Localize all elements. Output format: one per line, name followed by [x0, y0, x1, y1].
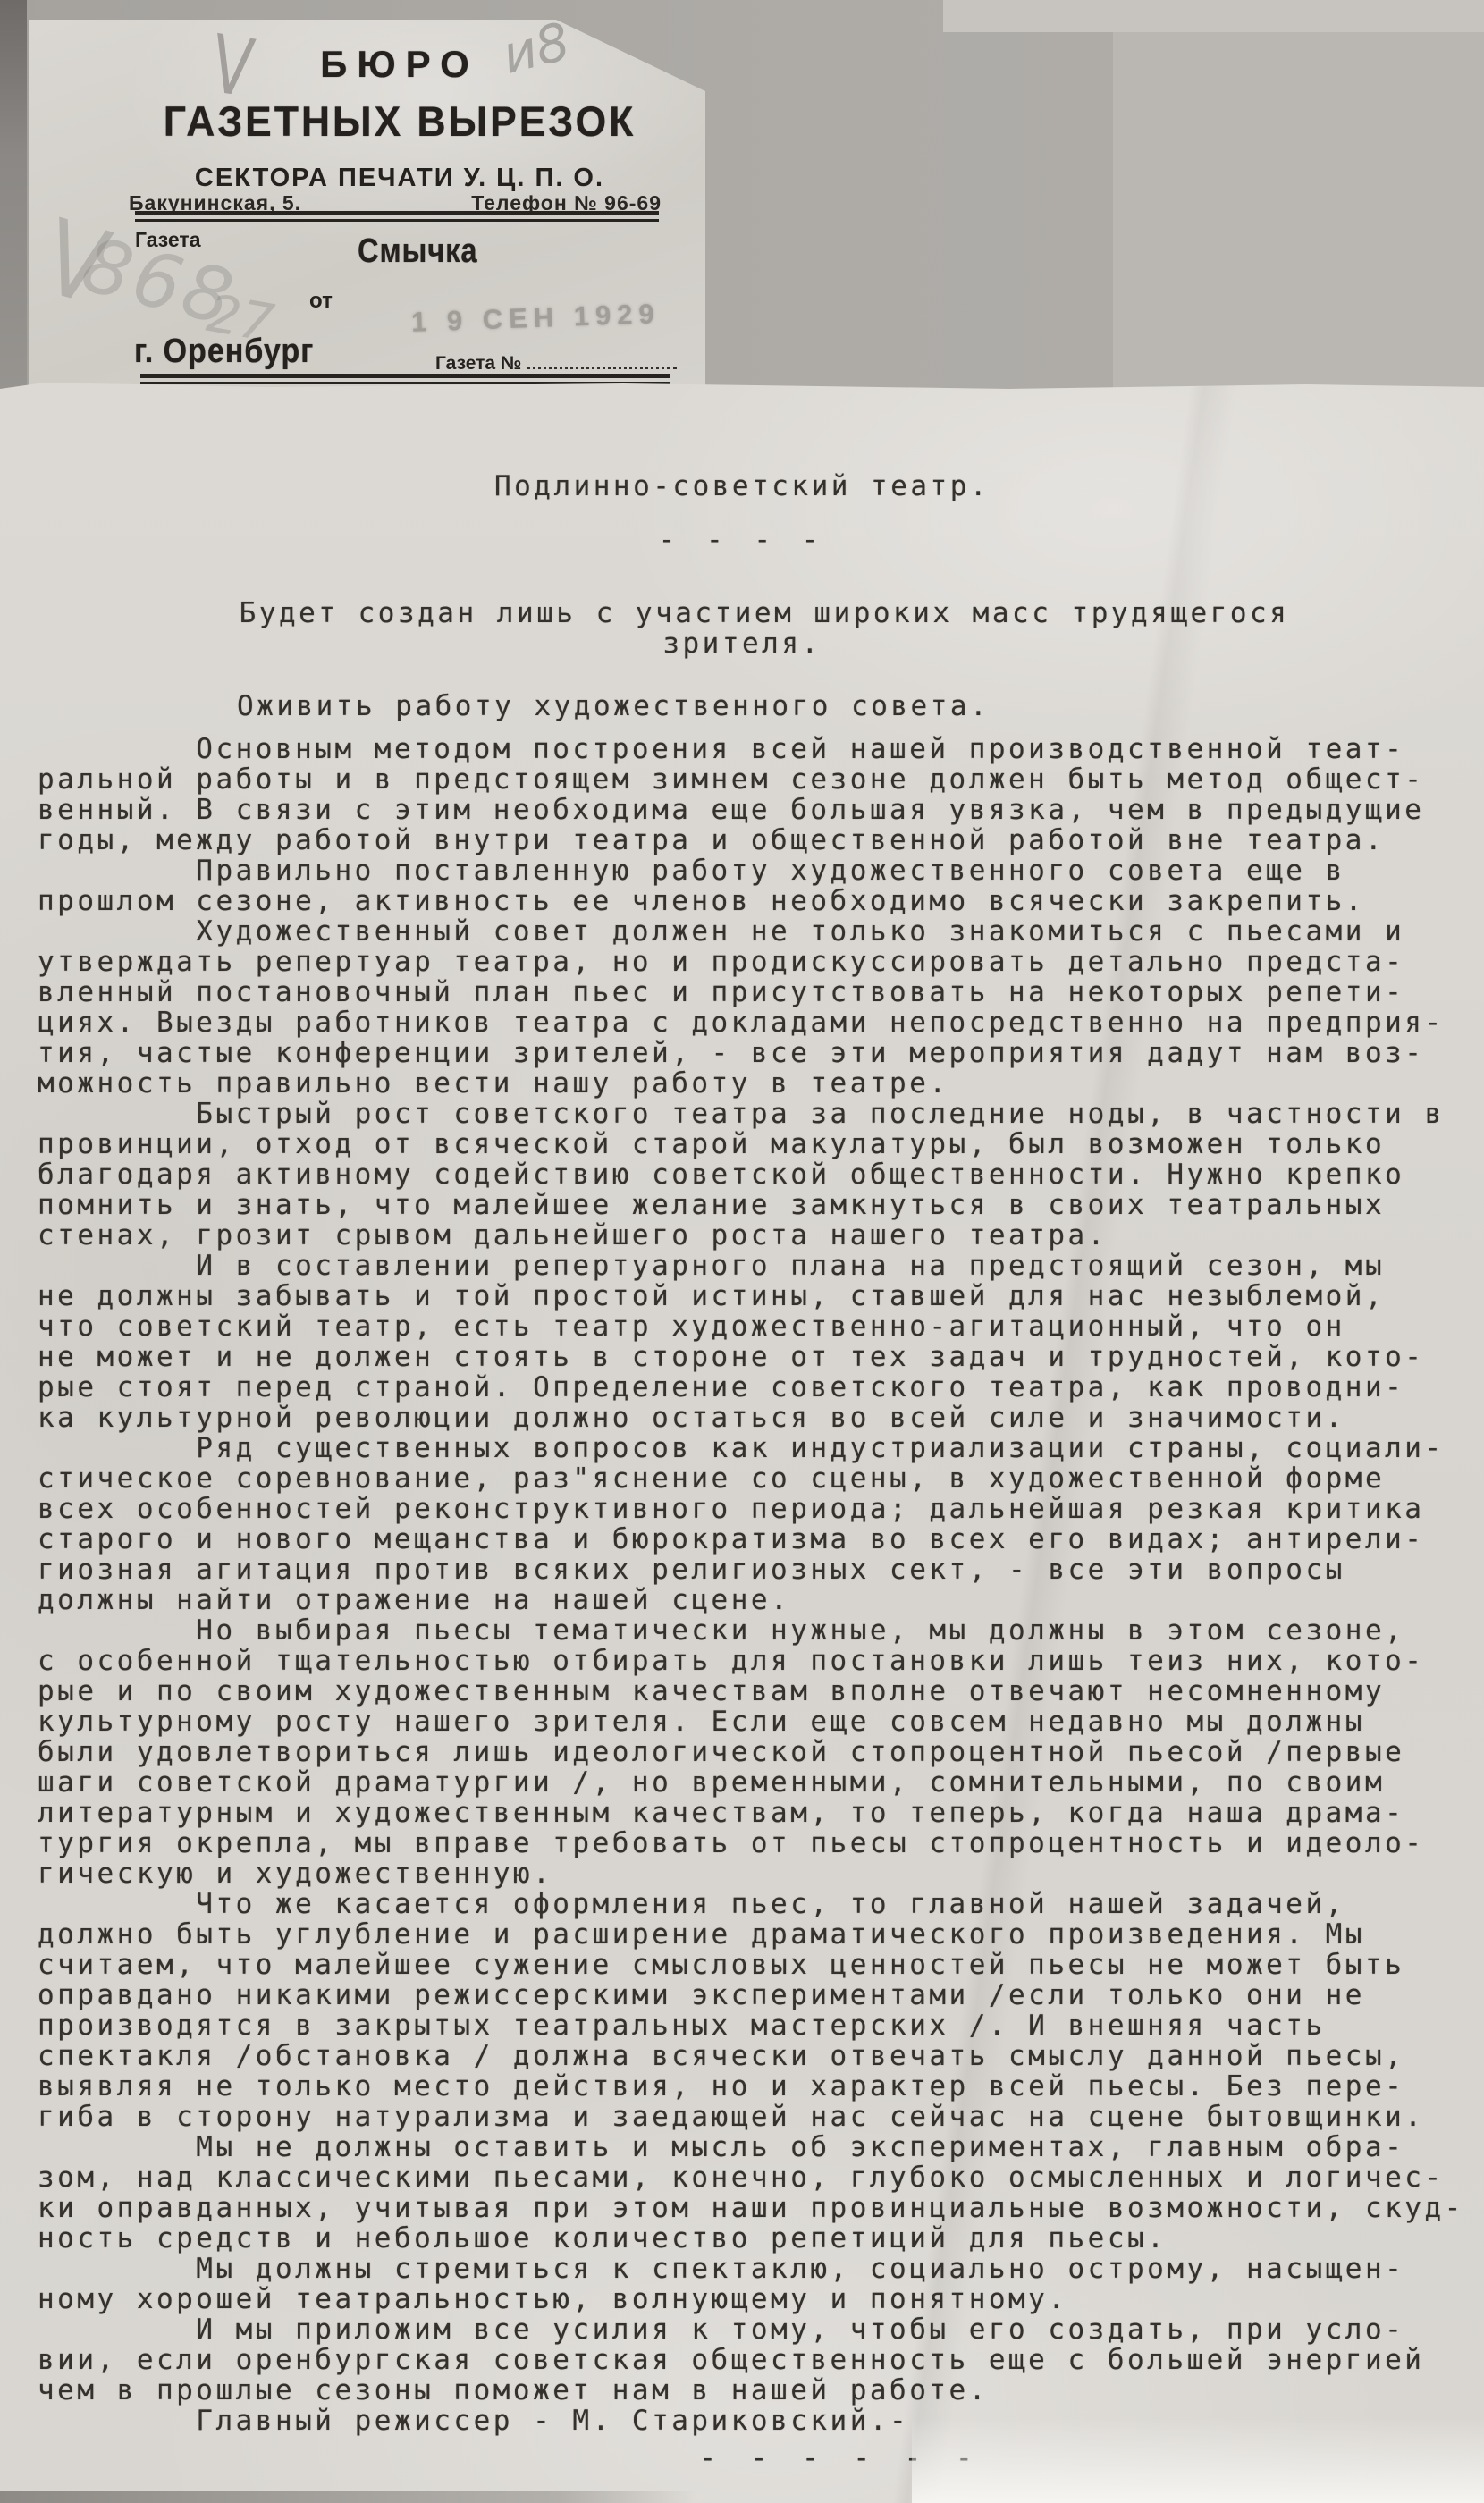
double-rule-bottom [140, 374, 670, 384]
issue-number-row: Газета № [435, 352, 677, 375]
letter-motto: Оживить работу художественного совета. [237, 691, 1484, 721]
backing-right-panel [1113, 0, 1484, 390]
bureau-name-line2: ГАЗЕТНЫХ ВЫРЕЗОК [128, 97, 671, 146]
letter-subtitle-line1: Будет создан лишь с участием широких мас… [0, 598, 1484, 628]
date-stamp: 1 9 СЕН 1929 [410, 298, 661, 339]
issue-label: Газета № [435, 353, 521, 374]
bureau-name-line1: БЮРО [114, 43, 686, 86]
bureau-department: СЕКТОРА ПЕЧАТИ У. Ц. П. О. [114, 164, 686, 193]
typed-letter-page: Подлинно-советский театр. - - - - Будет … [0, 382, 1484, 2503]
clipping-bureau-slip: V БЮРО ГАЗЕТНЫХ ВЫРЕЗОК СЕКТОРА ПЕЧАТИ У… [29, 20, 705, 388]
title-rule-dashes: - - - - [0, 525, 1484, 555]
bureau-letterhead: БЮРО ГАЗЕТНЫХ ВЫРЕЗОК СЕКТОРА ПЕЧАТИ У. … [114, 43, 686, 193]
newspaper-name: Смычка [358, 232, 477, 271]
newspaper-label: Газета [135, 228, 200, 252]
backing-top-right-corner [943, 0, 1484, 32]
letter-title: Подлинно-советский театр. [0, 471, 1484, 501]
bottom-edge-highlight [912, 2418, 1484, 2503]
city-name: г. Оренбург [134, 333, 314, 371]
issue-blank-line [527, 352, 677, 369]
bottom-edge-shadow [0, 2491, 697, 2503]
letter-subtitle-line2: зрителя. [0, 628, 1484, 659]
letter-body-text: Основным методом построения всей нашей п… [38, 734, 1484, 2436]
double-rule-top [135, 211, 659, 222]
scanned-document-page: V БЮРО ГАЗЕТНЫХ ВЫРЕЗОК СЕКТОРА ПЕЧАТИ У… [0, 0, 1484, 2503]
from-label: от [309, 289, 333, 314]
backing-left-edge [0, 0, 27, 390]
